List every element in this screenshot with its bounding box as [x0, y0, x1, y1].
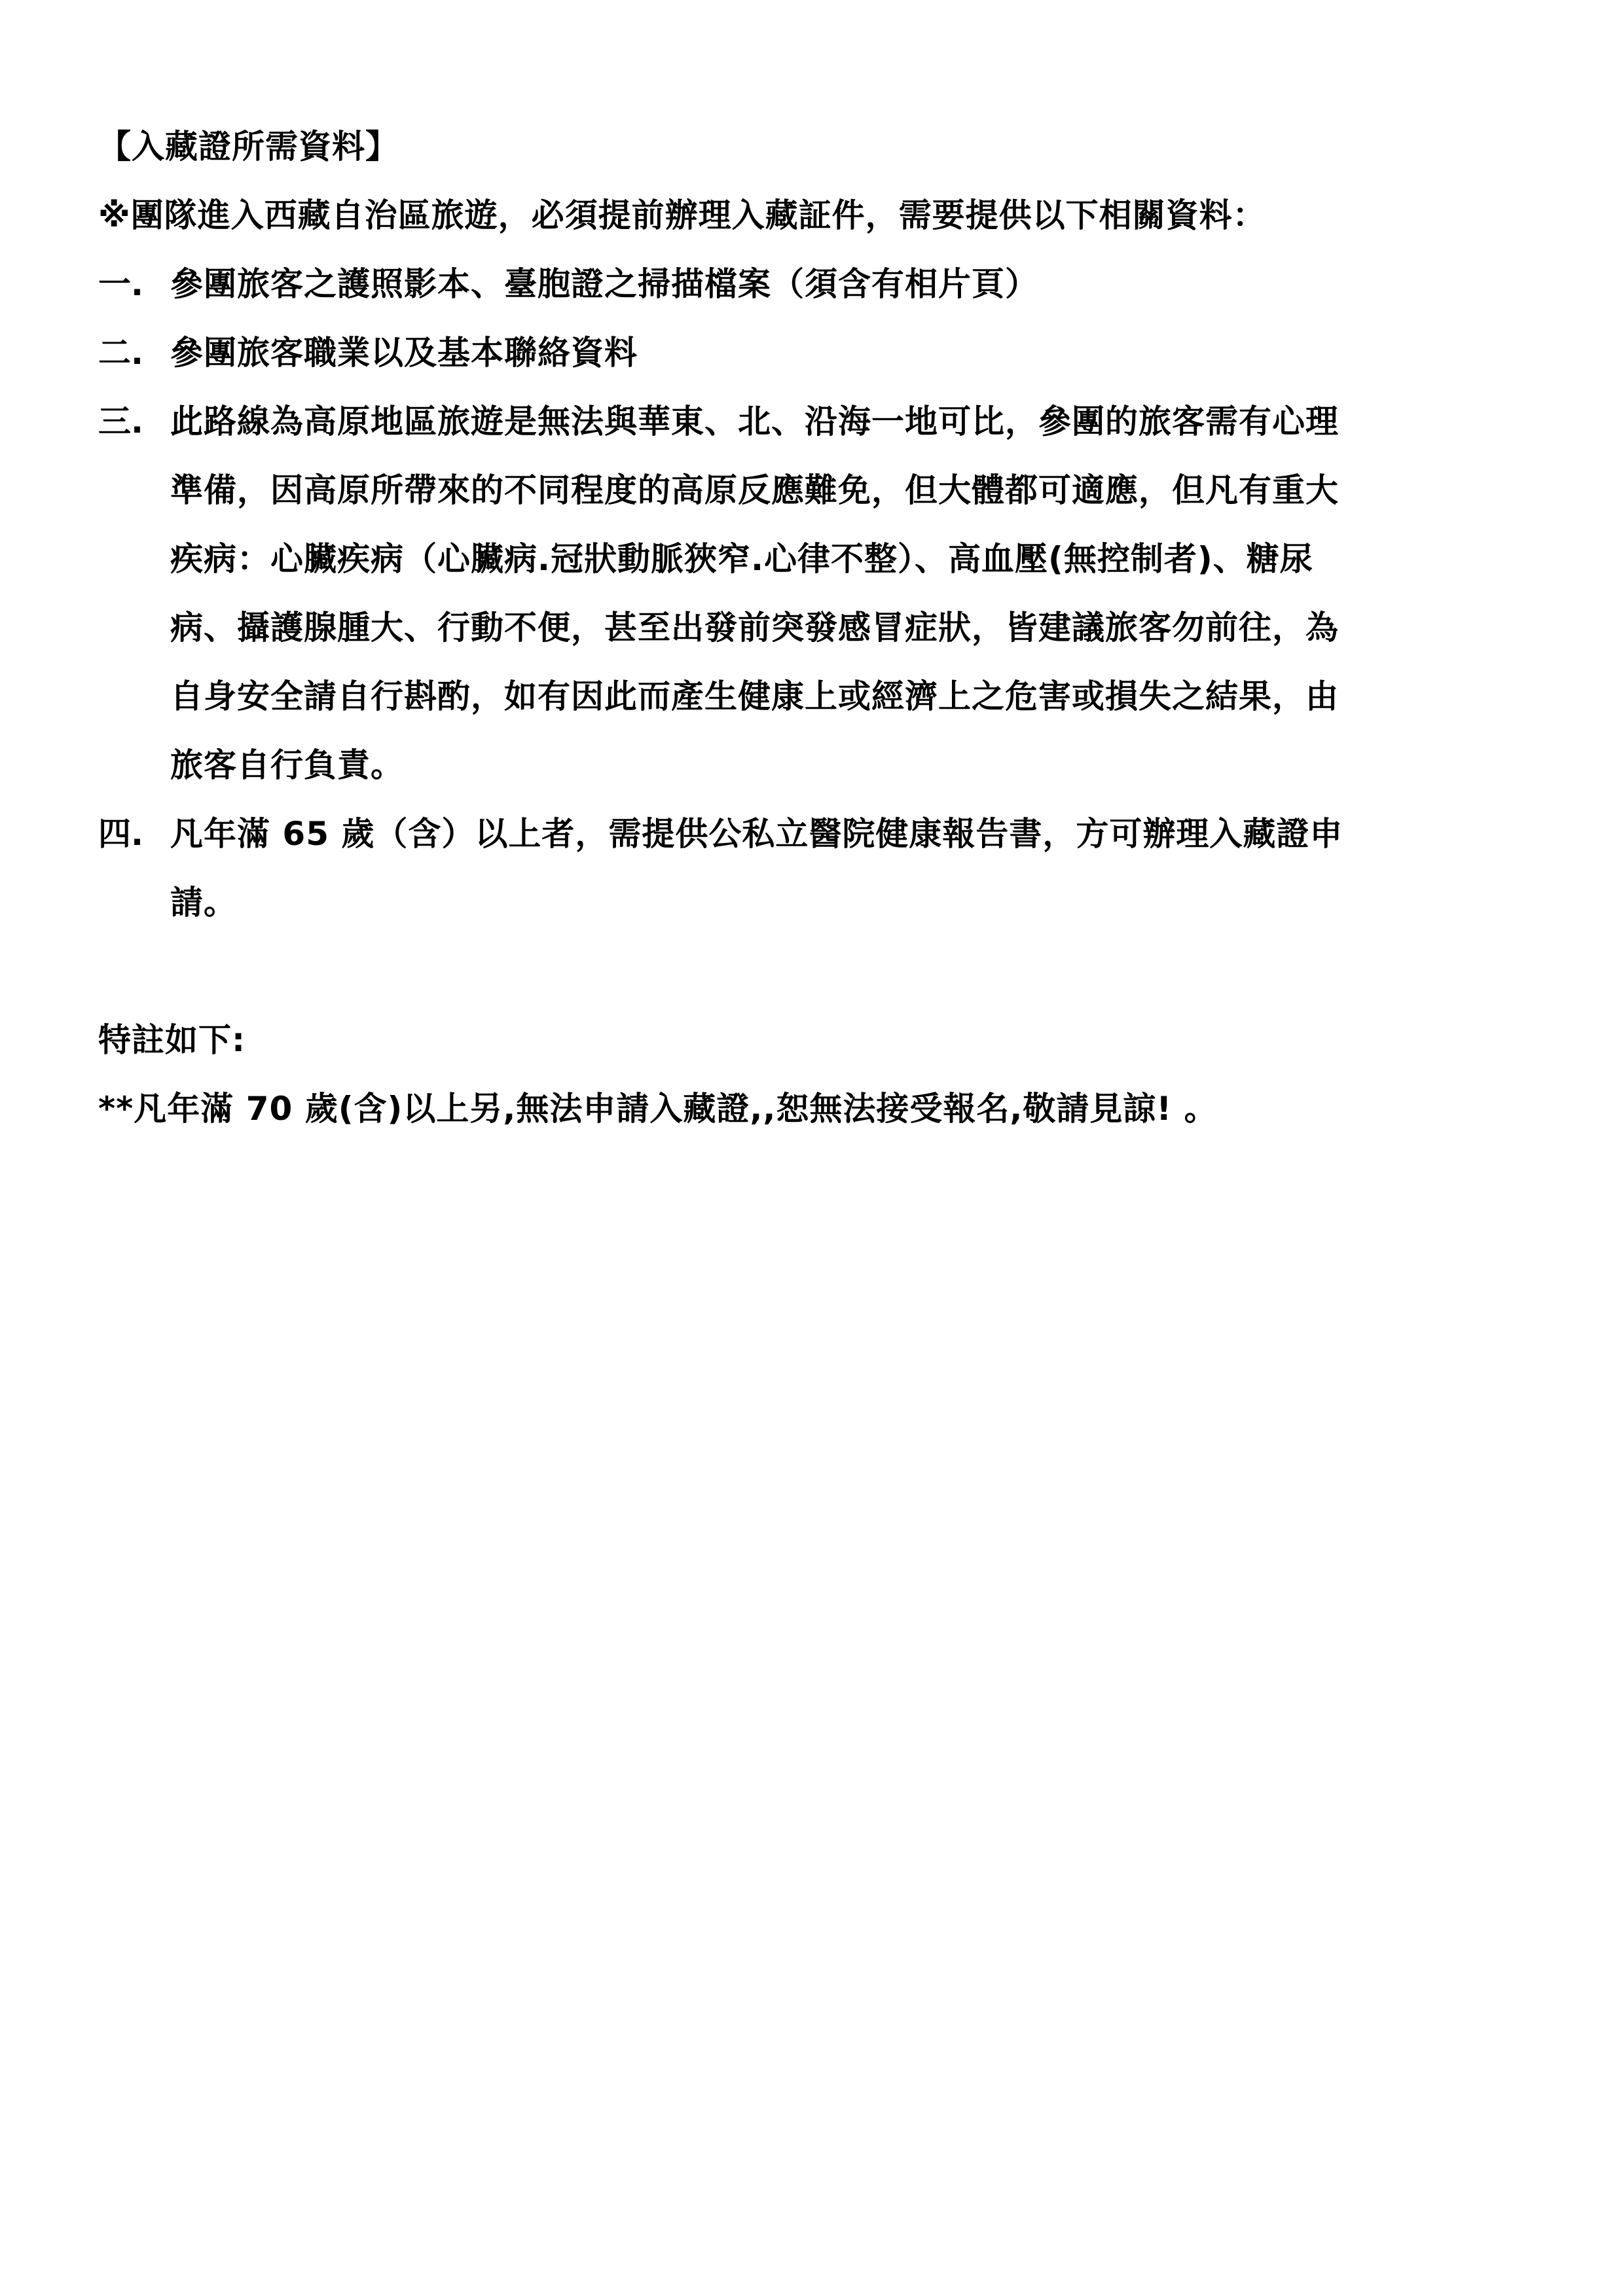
list-item-text: 參團旅客職業以及基本聯絡資料: [170, 319, 1525, 387]
special-note-heading: 特註如下:: [98, 1006, 1525, 1075]
list-item-3: 三. 此路線為高原地區旅遊是無法與華東、北、沿海一地可比，參團的旅客需有心理 準…: [98, 387, 1525, 800]
list-item-body: 此路線為高原地區旅遊是無法與華東、北、沿海一地可比，參團的旅客需有心理 準備，因…: [170, 387, 1525, 800]
list-item-text: 請。: [170, 869, 1525, 937]
document-page: 【入藏證所需資料】 ※團隊進入西藏自治區旅遊，必須提前辦理入藏証件，需要提供以下…: [98, 113, 1525, 1143]
list-item-body: 參團旅客之護照影本、臺胞證之掃描檔案（須含有相片頁）: [170, 250, 1525, 319]
list-item-text: 準備，因高原所帶來的不同程度的高原反應難免，但大體都可適應，但凡有重大: [170, 456, 1525, 525]
list-item-text: 自身安全請自行斟酌，如有因此而產生健康上或經濟上之危害或損失之結果，由: [170, 662, 1525, 731]
list-marker: 二.: [98, 319, 170, 387]
list-marker: 四.: [98, 800, 170, 869]
list-item-text: 疾病：心臟疾病（心臟病.冠狀動脈狹窄.心律不整）、高血壓(無控制者)、糖尿: [170, 525, 1525, 594]
intro-paragraph: ※團隊進入西藏自治區旅遊，必須提前辦理入藏証件，需要提供以下相關資料：: [98, 181, 1525, 250]
list-item-text: 參團旅客之護照影本、臺胞證之掃描檔案（須含有相片頁）: [170, 250, 1525, 319]
list-item-text: 旅客自行負責。: [170, 731, 1525, 800]
list-item-body: 凡年滿 65 歲（含）以上者，需提供公私立醫院健康報告書，方可辦理入藏證申 請。: [170, 800, 1525, 937]
list-item-text: 此路線為高原地區旅遊是無法與華東、北、沿海一地可比，參團的旅客需有心理: [170, 387, 1525, 456]
list-item-text: 病、攝護腺腫大、行動不便，甚至出發前突發感冒症狀，皆建議旅客勿前往，為: [170, 594, 1525, 662]
document-heading: 【入藏證所需資料】: [98, 113, 1525, 181]
special-note: **凡年滿 70 歲(含)以上另,無法申請入藏證,,恕無法接受報名,敬請見諒! …: [98, 1075, 1525, 1143]
spacer: [98, 937, 1525, 1006]
list-marker: 三.: [98, 387, 170, 456]
list-item-body: 參團旅客職業以及基本聯絡資料: [170, 319, 1525, 387]
list-item-4: 四. 凡年滿 65 歲（含）以上者，需提供公私立醫院健康報告書，方可辦理入藏證申…: [98, 800, 1525, 937]
list-item-text: 凡年滿 65 歲（含）以上者，需提供公私立醫院健康報告書，方可辦理入藏證申: [170, 800, 1525, 869]
list-item-1: 一. 參團旅客之護照影本、臺胞證之掃描檔案（須含有相片頁）: [98, 250, 1525, 319]
list-item-2: 二. 參團旅客職業以及基本聯絡資料: [98, 319, 1525, 387]
list-marker: 一.: [98, 250, 170, 319]
